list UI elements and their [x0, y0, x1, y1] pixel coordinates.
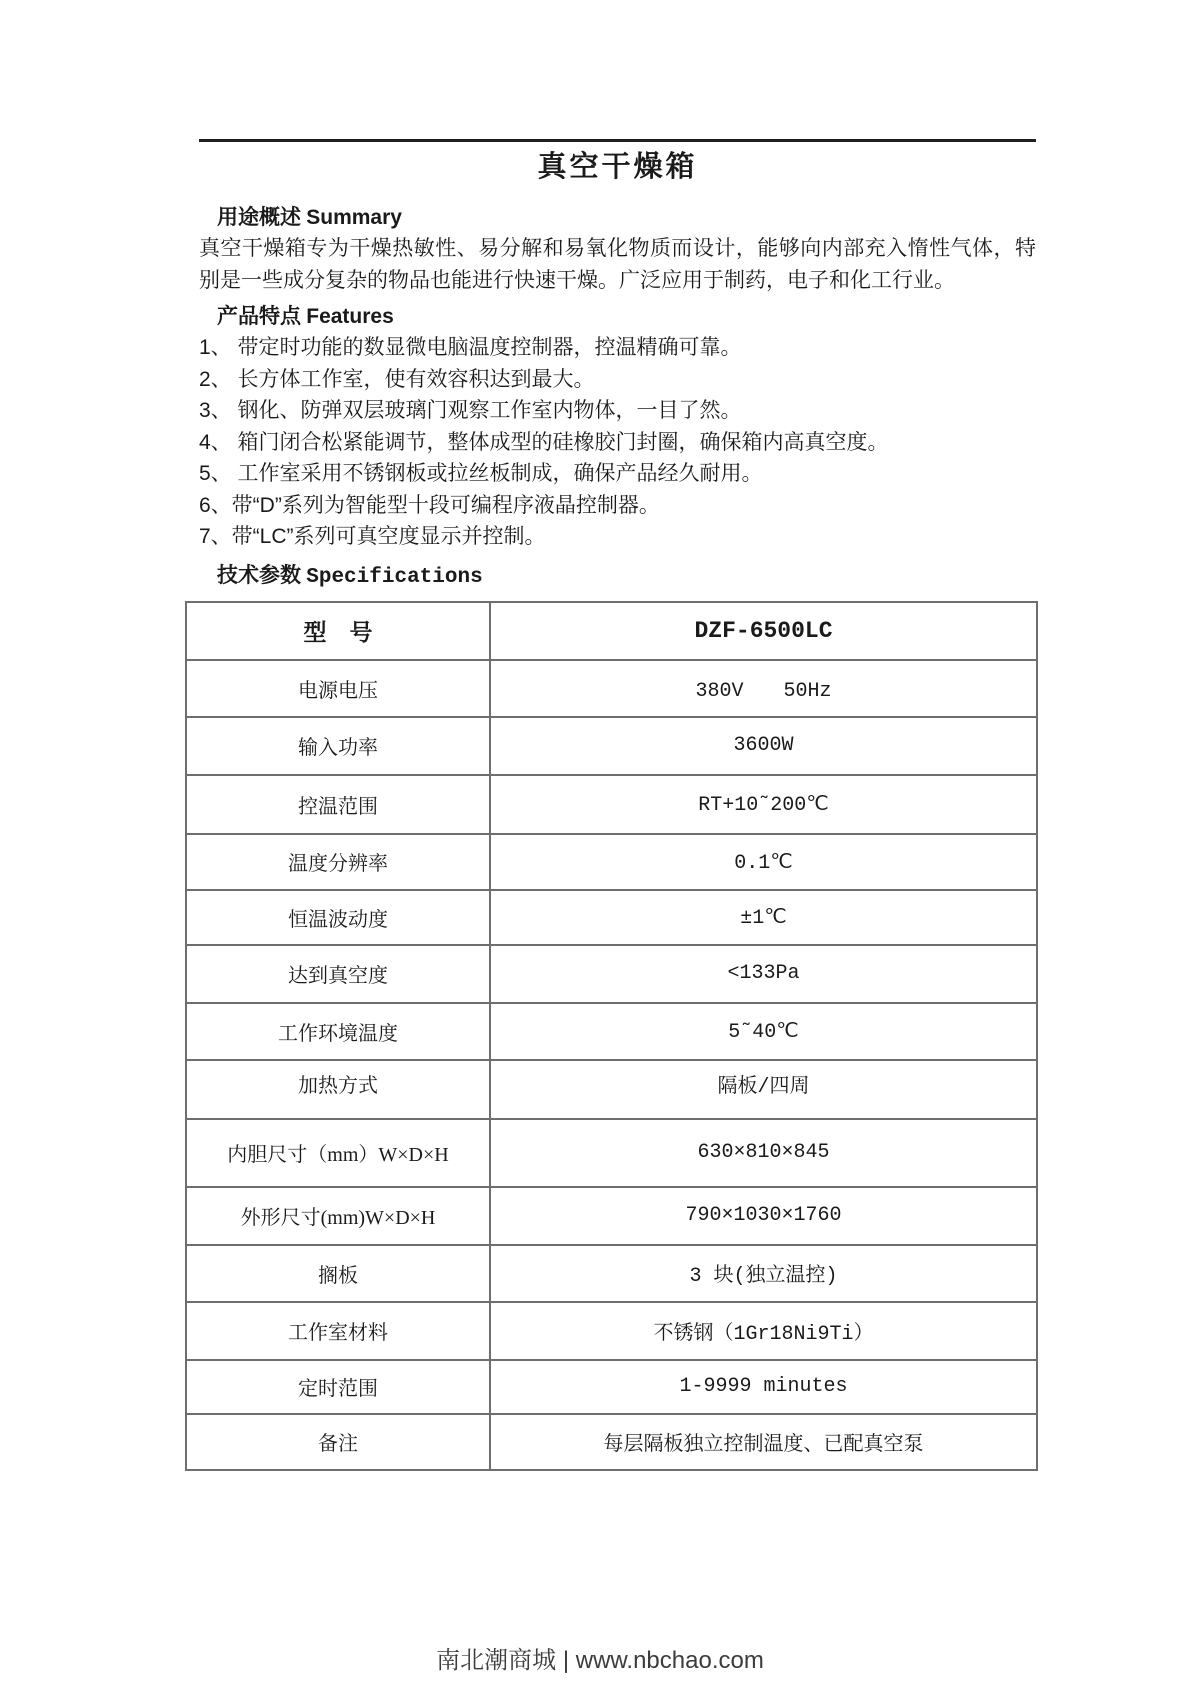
spec-label: 定时范围 — [186, 1360, 490, 1414]
specs-heading-en: Specifications — [306, 566, 482, 589]
footer: 南北潮商城 | www.nbchao.com — [0, 1646, 1200, 1676]
spec-label: 控温范围 — [186, 775, 490, 834]
spec-label: 恒温波动度 — [186, 890, 490, 945]
spec-header-value: DZF-6500LC — [490, 602, 1037, 660]
page-title: 真空干燥箱 — [199, 148, 1036, 186]
spec-value: <133Pa — [490, 945, 1037, 1003]
spec-value: 630×810×845 — [490, 1119, 1037, 1187]
feature-item: 3、 钢化、防弹双层玻璃门观察工作室内物体，一目了然。 — [199, 395, 1036, 427]
features-heading-zh: 产品特点 — [217, 304, 301, 328]
spec-value: 3600W — [490, 717, 1037, 775]
feature-item: 4、 箱门闭合松紧能调节，整体成型的硅橡胶门封圈，确保箱内高真空度。 — [199, 427, 1036, 459]
spec-label: 搁板 — [186, 1245, 490, 1302]
spec-row: 搁板 3 块(独立温控) — [186, 1245, 1037, 1302]
feature-item: 5、 工作室采用不锈钢板或拉丝板制成，确保产品经久耐用。 — [199, 458, 1036, 490]
spec-value: 0.1℃ — [490, 834, 1037, 890]
summary-paragraph: 真空干燥箱专为干燥热敏性、易分解和易氧化物质而设计，能够向内部充入惰性气体，特别… — [199, 233, 1036, 296]
spec-row: 外形尺寸(mm)W×D×H 790×1030×1760 — [186, 1187, 1037, 1245]
section-heading-features: 产品特点 Features — [217, 301, 1036, 332]
feature-item: 2、 长方体工作室，使有效容积达到最大。 — [199, 364, 1036, 396]
section-heading-summary: 用途概述 Summary — [217, 202, 1036, 233]
spec-label: 输入功率 — [186, 717, 490, 775]
spec-row: 控温范围 RT+10˜200℃ — [186, 775, 1037, 834]
spec-value: RT+10˜200℃ — [490, 775, 1037, 834]
feature-item: 6、带“D”系列为智能型十段可编程序液晶控制器。 — [199, 490, 1036, 522]
spec-value: 每层隔板独立控制温度、已配真空泵 — [490, 1414, 1037, 1470]
feature-item: 1、 带定时功能的数显微电脑温度控制器，控温精确可靠。 — [199, 332, 1036, 364]
spec-value: 隔板/四周 — [490, 1060, 1037, 1119]
spec-row: 加热方式 隔板/四周 — [186, 1060, 1037, 1119]
spec-header-row: 型 号 DZF-6500LC — [186, 602, 1037, 660]
spec-row: 电源电压 380V 50Hz — [186, 660, 1037, 717]
section-heading-specs: 技术参数 Specifications — [217, 560, 1036, 593]
spec-value: 5˜40℃ — [490, 1003, 1037, 1060]
spec-value: 790×1030×1760 — [490, 1187, 1037, 1245]
spec-row: 工作室材料 不锈钢（1Gr18Ni9Ti） — [186, 1302, 1037, 1360]
summary-heading-en: Summary — [306, 206, 402, 229]
spec-row: 工作环境温度 5˜40℃ — [186, 1003, 1037, 1060]
document-page: 真空干燥箱 用途概述 Summary 真空干燥箱专为干燥热敏性、易分解和易氧化物… — [0, 0, 1200, 1697]
spec-label: 温度分辨率 — [186, 834, 490, 890]
summary-heading-zh: 用途概述 — [217, 205, 301, 229]
spec-label: 内胆尺寸（mm）W×D×H — [186, 1119, 490, 1187]
feature-item: 7、带“LC”系列可真空度显示并控制。 — [199, 521, 1036, 553]
title-divider — [199, 139, 1036, 142]
spec-label: 加热方式 — [186, 1060, 490, 1119]
spec-row: 定时范围 1-9999 minutes — [186, 1360, 1037, 1414]
document-content: 真空干燥箱 用途概述 Summary 真空干燥箱专为干燥热敏性、易分解和易氧化物… — [185, 0, 1036, 1471]
specs-heading-zh: 技术参数 — [217, 563, 301, 587]
spec-row: 恒温波动度 ±1℃ — [186, 890, 1037, 945]
spec-label: 工作室材料 — [186, 1302, 490, 1360]
spec-value: 1-9999 minutes — [490, 1360, 1037, 1414]
specs-table: 型 号 DZF-6500LC 电源电压 380V 50Hz 输入功率 3600W… — [185, 601, 1038, 1471]
footer-link[interactable]: 南北潮商城 | www.nbchao.com — [436, 1647, 764, 1674]
features-heading-en: Features — [306, 305, 394, 328]
spec-row: 输入功率 3600W — [186, 717, 1037, 775]
spec-label: 外形尺寸(mm)W×D×H — [186, 1187, 490, 1245]
spec-label: 工作环境温度 — [186, 1003, 490, 1060]
spec-header-label: 型 号 — [186, 602, 490, 660]
spec-label: 备注 — [186, 1414, 490, 1470]
spec-row: 达到真空度 <133Pa — [186, 945, 1037, 1003]
spec-value: ±1℃ — [490, 890, 1037, 945]
spec-row: 温度分辨率 0.1℃ — [186, 834, 1037, 890]
spec-label: 电源电压 — [186, 660, 490, 717]
spec-value: 不锈钢（1Gr18Ni9Ti） — [490, 1302, 1037, 1360]
spec-value: 3 块(独立温控) — [490, 1245, 1037, 1302]
spec-row: 备注 每层隔板独立控制温度、已配真空泵 — [186, 1414, 1037, 1470]
features-list: 1、 带定时功能的数显微电脑温度控制器，控温精确可靠。 2、 长方体工作室，使有… — [199, 332, 1036, 553]
spec-row: 内胆尺寸（mm）W×D×H 630×810×845 — [186, 1119, 1037, 1187]
spec-label: 达到真空度 — [186, 945, 490, 1003]
spec-value: 380V 50Hz — [490, 660, 1037, 717]
